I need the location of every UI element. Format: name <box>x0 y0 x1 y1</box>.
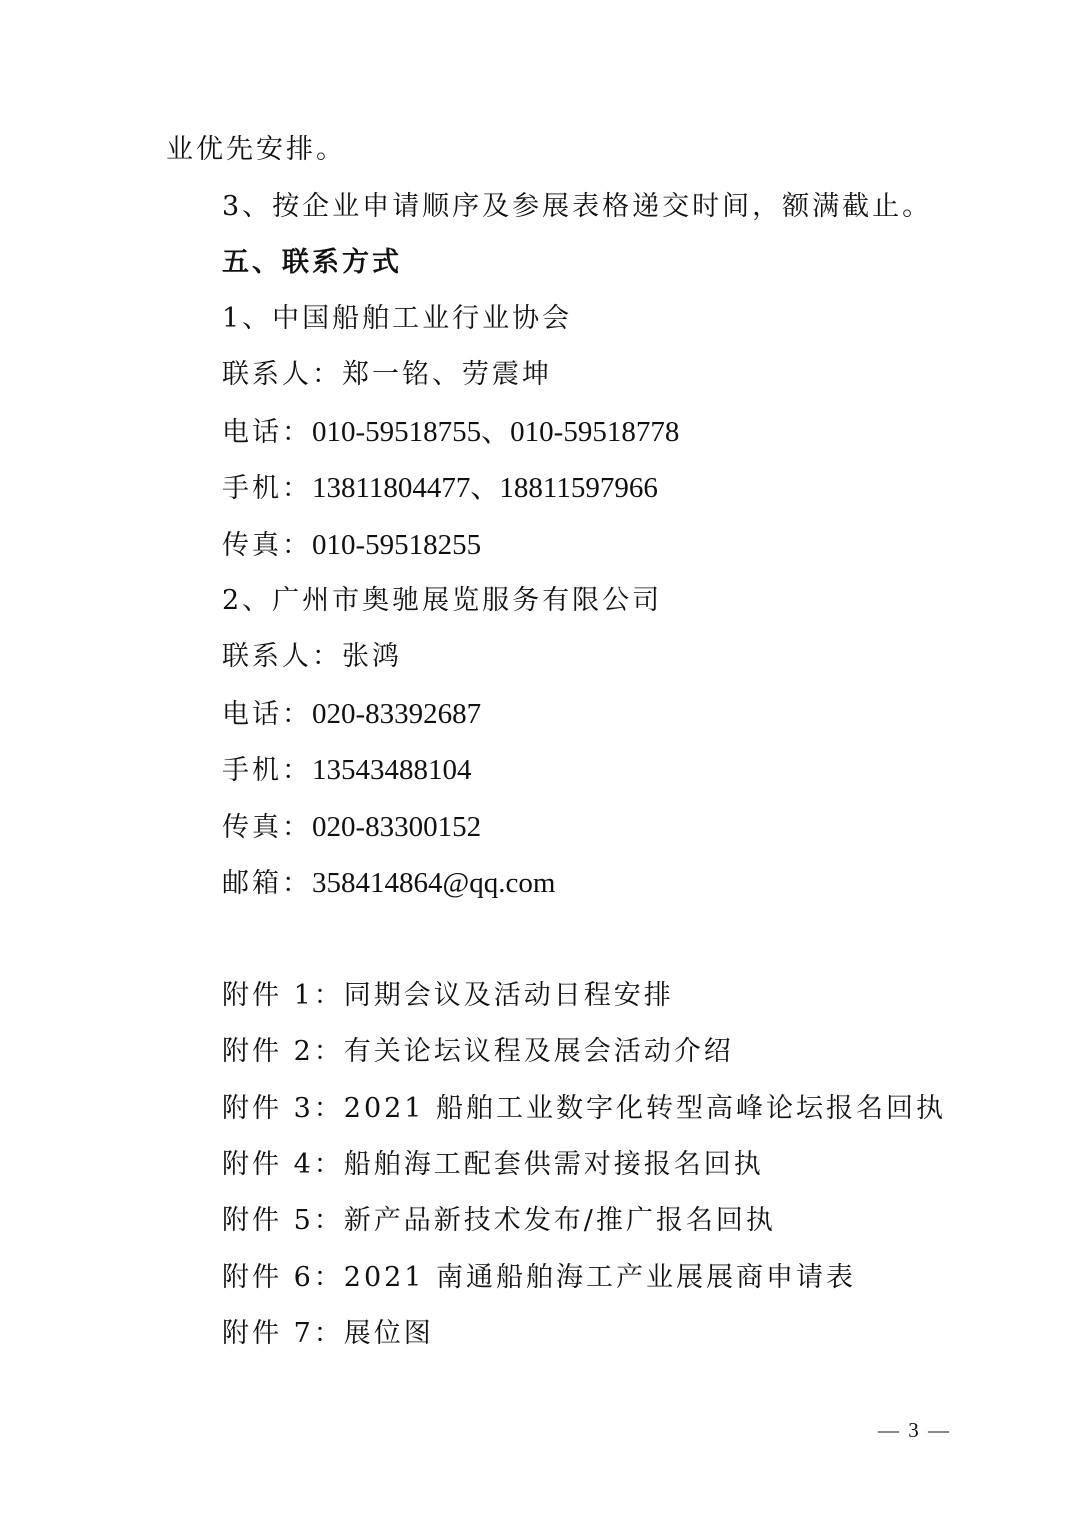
fax-label: 传真： <box>222 530 312 561</box>
fax-value: 010-59518255 <box>312 529 481 561</box>
mobile-label: 手机： <box>222 473 312 504</box>
org-name: 2、广州市奥驰展览服务有限公司 <box>222 585 662 616</box>
section-heading-contact: 五、联系方式 <box>222 246 402 280</box>
contact-org-1: 1、中国船舶工业行业协会 <box>222 302 572 336</box>
phone-value: 020-83392687 <box>312 698 481 730</box>
phone-value: 010-59518755、010-59518778 <box>312 416 679 448</box>
fax-value: 020-83300152 <box>312 811 481 843</box>
attachment-title: 2021 南通船舶海工产业展展商申请表 <box>344 1262 856 1293</box>
attachment-item-4: 附件 4：船舶海工配套供需对接报名回执 <box>222 1148 764 1182</box>
phone-label: 电话： <box>222 417 312 448</box>
contact-phone-row-1: 电话：010-59518755、010-59518778 <box>222 415 679 450</box>
attachment-title: 船舶海工配套供需对接报名回执 <box>344 1149 764 1180</box>
person-value: 张鸿 <box>342 641 402 672</box>
email-label: 邮箱： <box>222 868 312 899</box>
paragraph-text: 业优先安排。 <box>166 134 346 165</box>
attachment-item-3: 附件 3：2021 船舶工业数字化转型高峰论坛报名回执 <box>222 1092 946 1126</box>
attachment-label: 附件 6： <box>222 1262 344 1293</box>
fax-label: 传真： <box>222 812 312 843</box>
contact-phone-row-2: 电话：020-83392687 <box>222 697 481 732</box>
mobile-value: 13543488104 <box>312 754 472 786</box>
attachment-title: 展位图 <box>344 1318 434 1349</box>
attachment-item-7: 附件 7：展位图 <box>222 1317 434 1351</box>
document-page: 业优先安排。 3、按企业申请顺序及参展表格递交时间，额满截止。 五、联系方式 1… <box>0 0 1080 1527</box>
attachment-title: 同期会议及活动日程安排 <box>344 980 674 1011</box>
mobile-value: 13811804477、18811597966 <box>312 472 658 504</box>
paragraph-text: 3、按企业申请顺序及参展表格递交时间，额满截止。 <box>222 191 932 222</box>
phone-label: 电话： <box>222 699 312 730</box>
attachment-item-5: 附件 5：新产品新技术发布/推广报名回执 <box>222 1204 776 1238</box>
paragraph-continuation: 业优先安排。 <box>166 133 346 167</box>
contact-mobile-row-2: 手机：13543488104 <box>222 753 472 788</box>
contact-email-row-2: 邮箱：358414864@qq.com <box>222 866 555 901</box>
paragraph-item-3: 3、按企业申请顺序及参展表格递交时间，额满截止。 <box>222 190 932 224</box>
person-label: 联系人： <box>222 641 342 672</box>
email-value: 358414864@qq.com <box>312 867 555 899</box>
attachment-label: 附件 7： <box>222 1318 344 1349</box>
attachment-label: 附件 3： <box>222 1093 344 1124</box>
contact-mobile-row-1: 手机：13811804477、18811597966 <box>222 471 658 506</box>
person-label: 联系人： <box>222 359 342 390</box>
attachment-title: 新产品新技术发布/推广报名回执 <box>344 1205 776 1236</box>
attachment-label: 附件 2： <box>222 1036 344 1067</box>
heading-text: 五、联系方式 <box>222 247 402 278</box>
attachment-label: 附件 5： <box>222 1205 344 1236</box>
contact-org-2: 2、广州市奥驰展览服务有限公司 <box>222 584 662 618</box>
attachment-item-6: 附件 6：2021 南通船舶海工产业展展商申请表 <box>222 1261 856 1295</box>
attachment-item-2: 附件 2：有关论坛议程及展会活动介绍 <box>222 1035 734 1069</box>
org-name: 1、中国船舶工业行业协会 <box>222 303 572 334</box>
contact-person-row-1: 联系人：郑一铭、劳震坤 <box>222 358 552 392</box>
attachment-title: 2021 船舶工业数字化转型高峰论坛报名回执 <box>344 1093 946 1124</box>
page-number: — 3 — <box>878 1416 951 1444</box>
contact-fax-row-1: 传真：010-59518255 <box>222 528 481 563</box>
mobile-label: 手机： <box>222 755 312 786</box>
contact-fax-row-2: 传真：020-83300152 <box>222 810 481 845</box>
person-value: 郑一铭、劳震坤 <box>342 359 552 390</box>
attachment-title: 有关论坛议程及展会活动介绍 <box>344 1036 734 1067</box>
contact-person-row-2: 联系人：张鸿 <box>222 640 402 674</box>
attachment-label: 附件 1： <box>222 980 344 1011</box>
attachment-label: 附件 4： <box>222 1149 344 1180</box>
attachment-item-1: 附件 1：同期会议及活动日程安排 <box>222 979 674 1013</box>
